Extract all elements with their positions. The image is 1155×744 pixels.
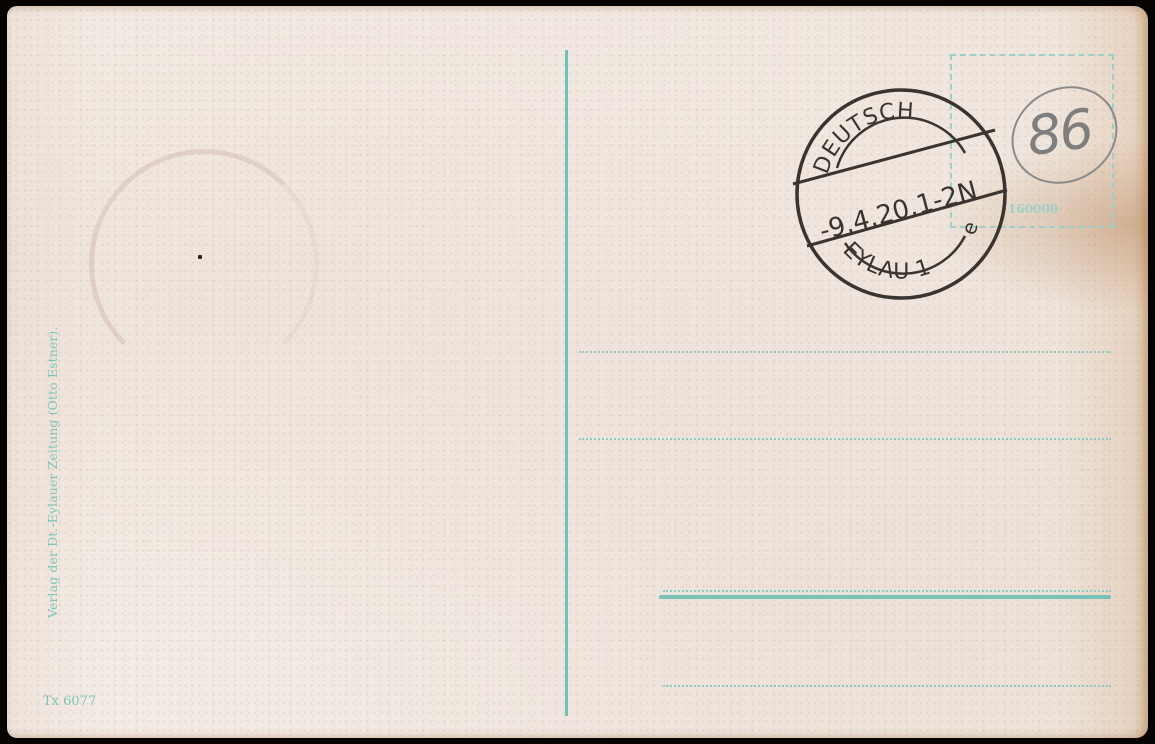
postcard-back: Verlag der Dt.-Eylauer Zeitung (Otto Est… <box>7 6 1148 738</box>
address-line-4 <box>663 685 1111 687</box>
publisher-imprint: Verlag der Dt.-Eylauer Zeitung (Otto Est… <box>45 327 60 619</box>
svg-text:EYLAU 1: EYLAU 1 <box>838 237 935 284</box>
catalog-number: Tx 6077 <box>43 694 96 709</box>
postmark-suffix: e <box>956 218 983 238</box>
pencil-number: 86 <box>1023 97 1096 168</box>
address-line-1 <box>579 351 1111 353</box>
faint-stain-circle <box>89 149 319 379</box>
ink-speck <box>198 255 202 259</box>
postmark-date: -9.4.20.1-2N <box>816 176 981 247</box>
postmark-bottom-text: EYLAU 1 <box>838 237 935 284</box>
destination-underline <box>659 595 1111 599</box>
center-divider-line <box>565 50 568 716</box>
postmark-cancel: DEUTSCH -9.4.20.1-2N EYLAU 1 e <box>785 78 1017 310</box>
address-line-3 <box>663 590 1111 592</box>
address-line-2 <box>579 438 1111 440</box>
